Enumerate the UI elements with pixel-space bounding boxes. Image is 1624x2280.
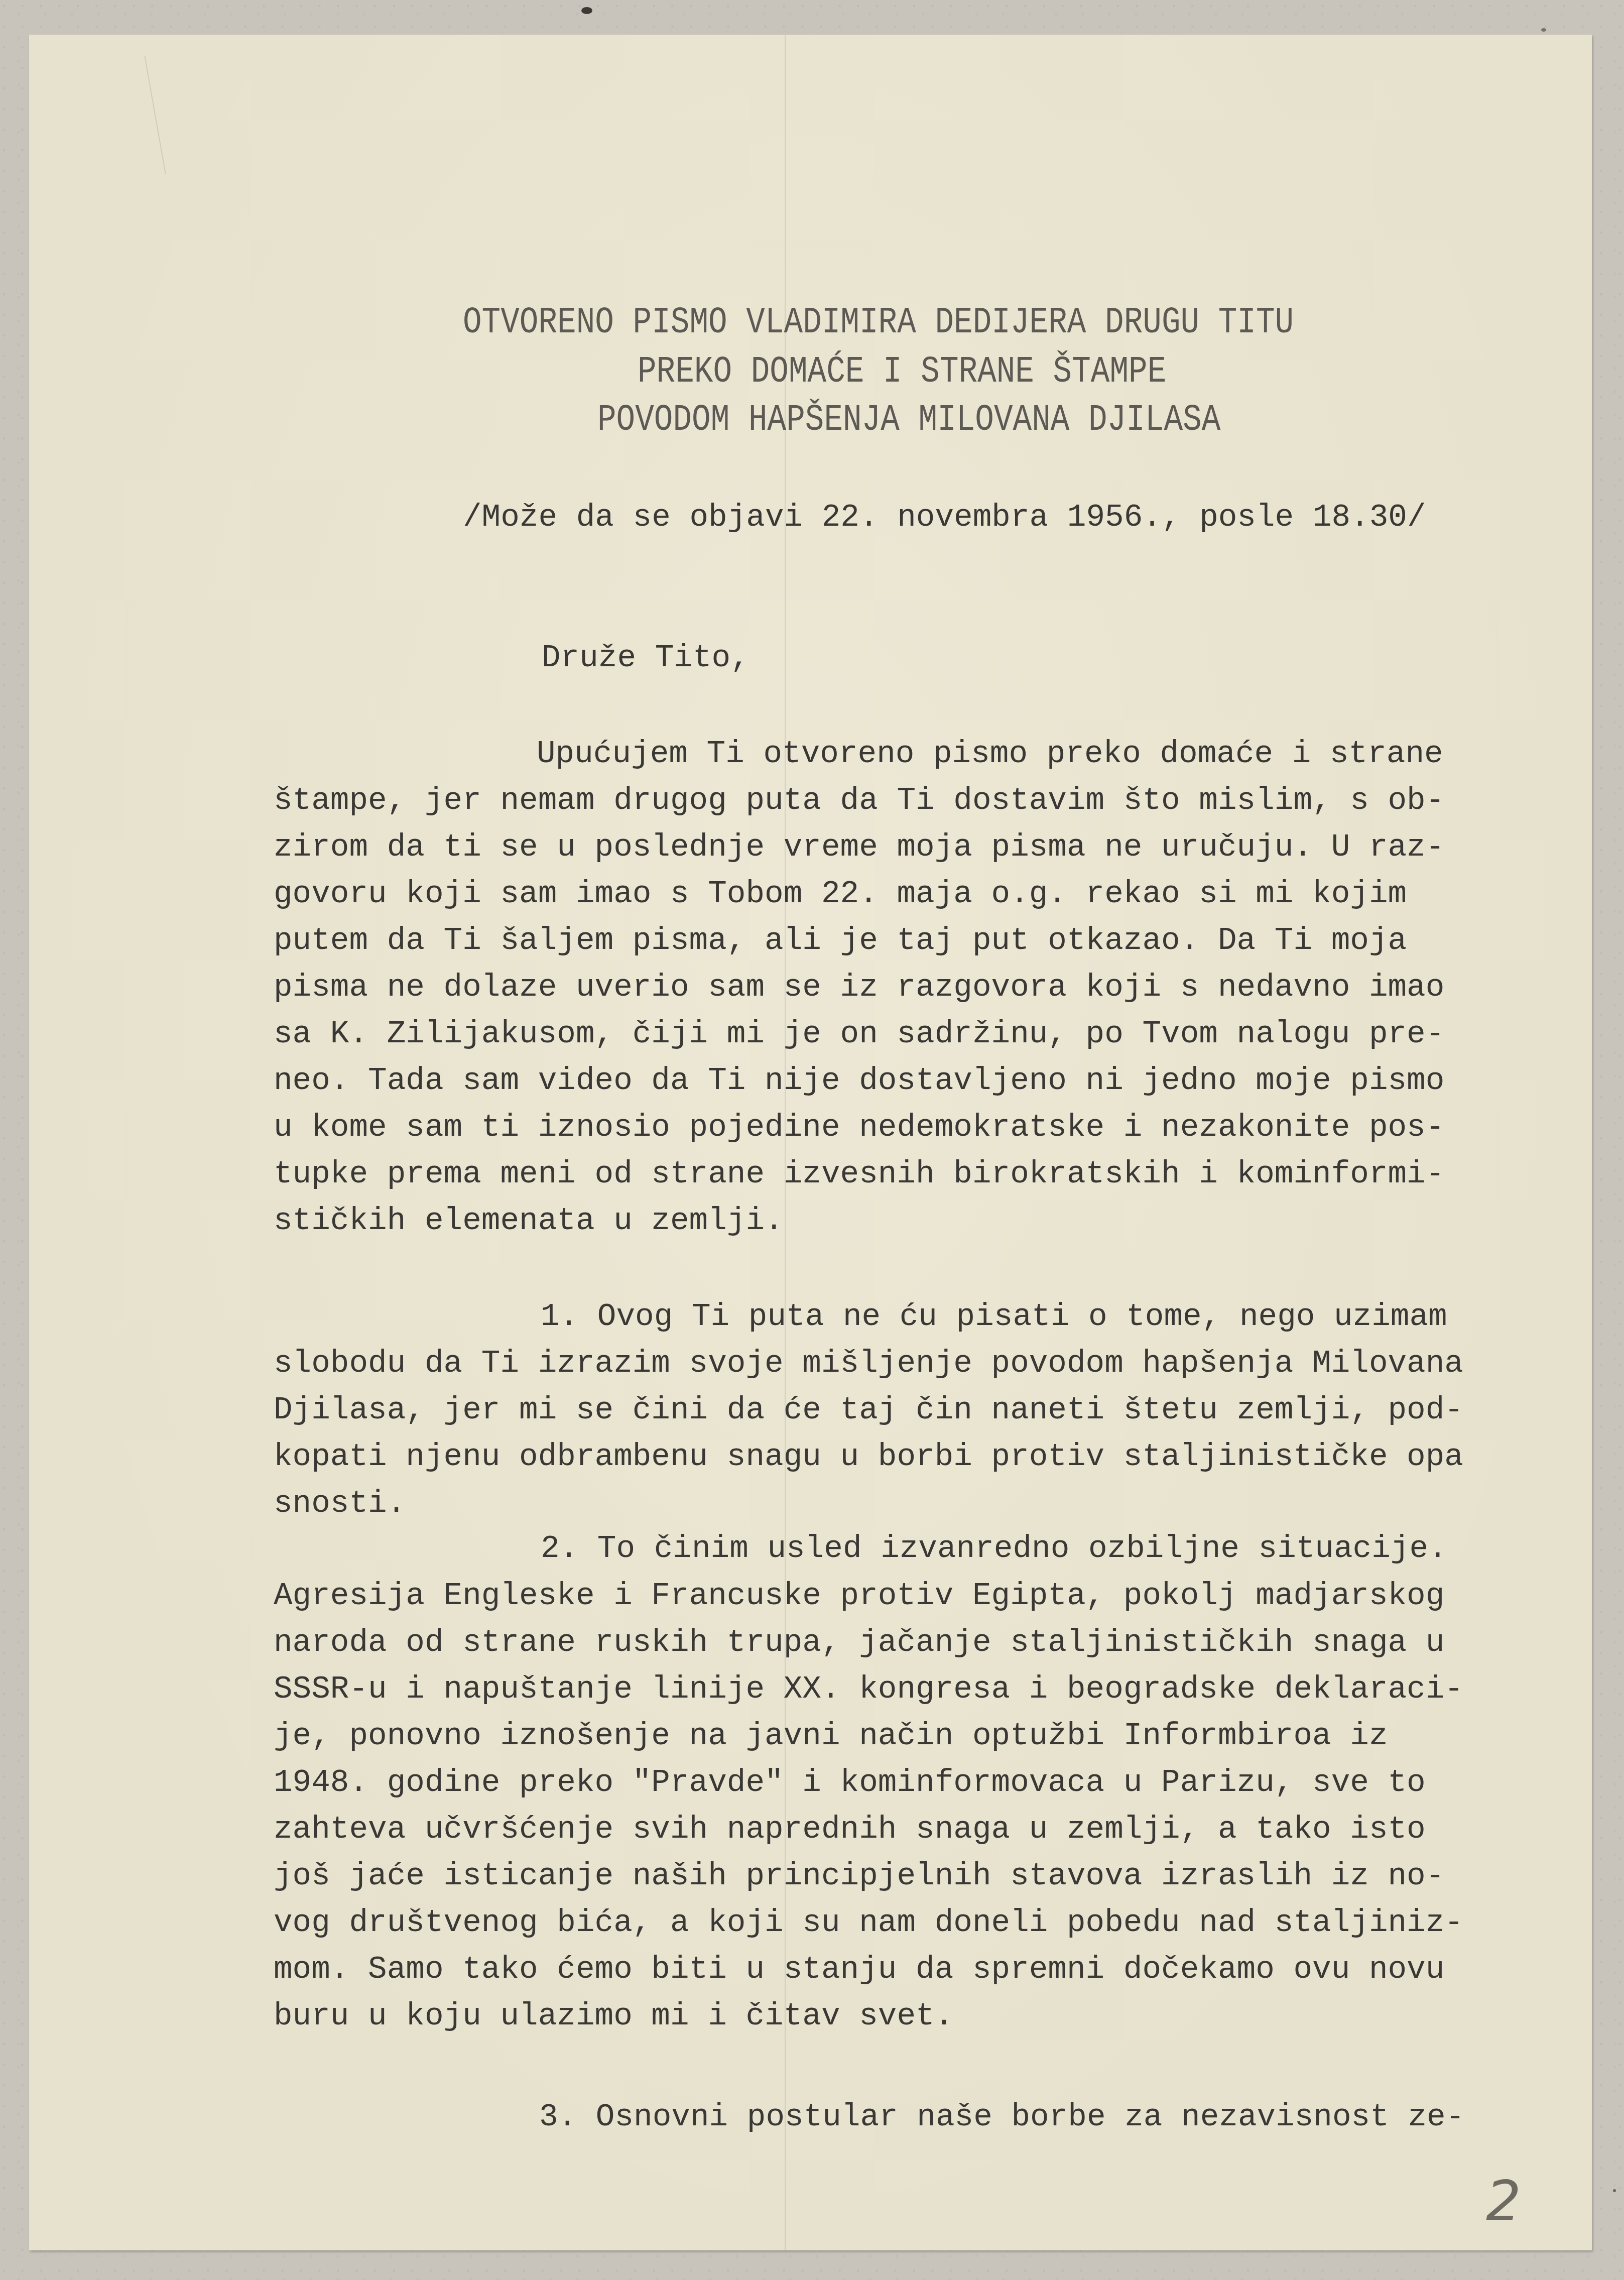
paragraph-line: u kome sam ti iznosio pojedine nedemokra… (274, 1112, 1444, 1144)
paragraph-line: 1948. godine preko "Pravde" i kominformo… (274, 1767, 1426, 1799)
paragraph-line: mom. Samo tako ćemo biti u stanju da spr… (274, 1954, 1444, 1986)
paper-crease (144, 56, 166, 175)
paragraph-line: Agresija Engleske i Francuske protiv Egi… (274, 1581, 1444, 1612)
paragraph-line: neo. Tada sam video da Ti nije dostavlje… (274, 1065, 1444, 1097)
paragraph-line: stičkih elemenata u zemlji. (274, 1206, 784, 1237)
dust-speck (581, 7, 592, 14)
paragraph-line: sa K. Zilijakusom, čiji mi je on sadržin… (274, 1019, 1444, 1050)
paragraph-line: je, ponovno iznošenje na javni način opt… (274, 1721, 1388, 1752)
paragraph-line: Djilasa, jer mi se čini da će taj čin na… (274, 1395, 1463, 1426)
paragraph-line: buru u koju ulazimo mi i čitav svet. (274, 2001, 953, 2032)
paragraph-line: štampe, jer nemam drugog puta da Ti dost… (274, 785, 1444, 817)
paragraph-line: zahteva učvršćenje svih naprednih snaga … (274, 1814, 1426, 1846)
paragraph-line: vog društvenog bića, a koji su nam donel… (274, 1907, 1463, 1939)
paragraph-line: 1. Ovog Ti puta ne ću pisati o tome, neg… (541, 1301, 1447, 1333)
paragraph-line: SSSR-u i napuštanje linije XX. kongresa … (274, 1674, 1463, 1706)
paragraph-line: još jaće isticanje naših principjelnih s… (274, 1861, 1444, 1892)
dust-speck (1613, 2189, 1616, 2192)
dust-speck (1541, 28, 1546, 32)
paragraph-line: putem da Ti šaljem pisma, ali je taj put… (274, 925, 1407, 957)
paragraph-line: naroda od strane ruskih trupa, jačanje s… (274, 1627, 1444, 1659)
document-title-line-2: PREKO DOMAĆE I STRANE ŠTAMPE (638, 354, 1166, 391)
document-title-line-1: OTVORENO PISMO VLADIMIRA DEDIJERA DRUGU … (463, 305, 1294, 342)
salutation: Druže Tito, (542, 643, 749, 674)
release-note: /Može da se objavi 22. novembra 1956., p… (463, 502, 1426, 534)
paragraph-line: 2. To činim usled izvanredno ozbiljne si… (541, 1533, 1447, 1565)
paragraph-line: slobodu da Ti izrazim svoje mišljenje po… (274, 1348, 1463, 1380)
paragraph-line: tupke prema meni od strane izvesnih biro… (274, 1159, 1444, 1190)
paragraph-line: govoru koji sam imao s Tobom 22. maja o.… (274, 879, 1407, 910)
paragraph-line: pisma ne dolaze uverio sam se iz razgovo… (274, 972, 1444, 1004)
paragraph-line: kopati njenu odbrambenu snagu u borbi pr… (274, 1442, 1463, 1473)
paragraph-line: zirom da ti se u poslednje vreme moja pi… (274, 832, 1444, 864)
paragraph-line: Upućujem Ti otvoreno pismo preko domaće … (537, 739, 1443, 770)
paragraph-line: 3. Osnovni postular naše borbe za nezavi… (539, 2102, 1464, 2133)
paragraph-line: snosti. (274, 1488, 406, 1520)
document-title-line-3: POVODOM HAPŠENJA MILOVANA DJILASA (597, 402, 1220, 439)
page-number: 2 (1486, 2169, 1521, 2233)
